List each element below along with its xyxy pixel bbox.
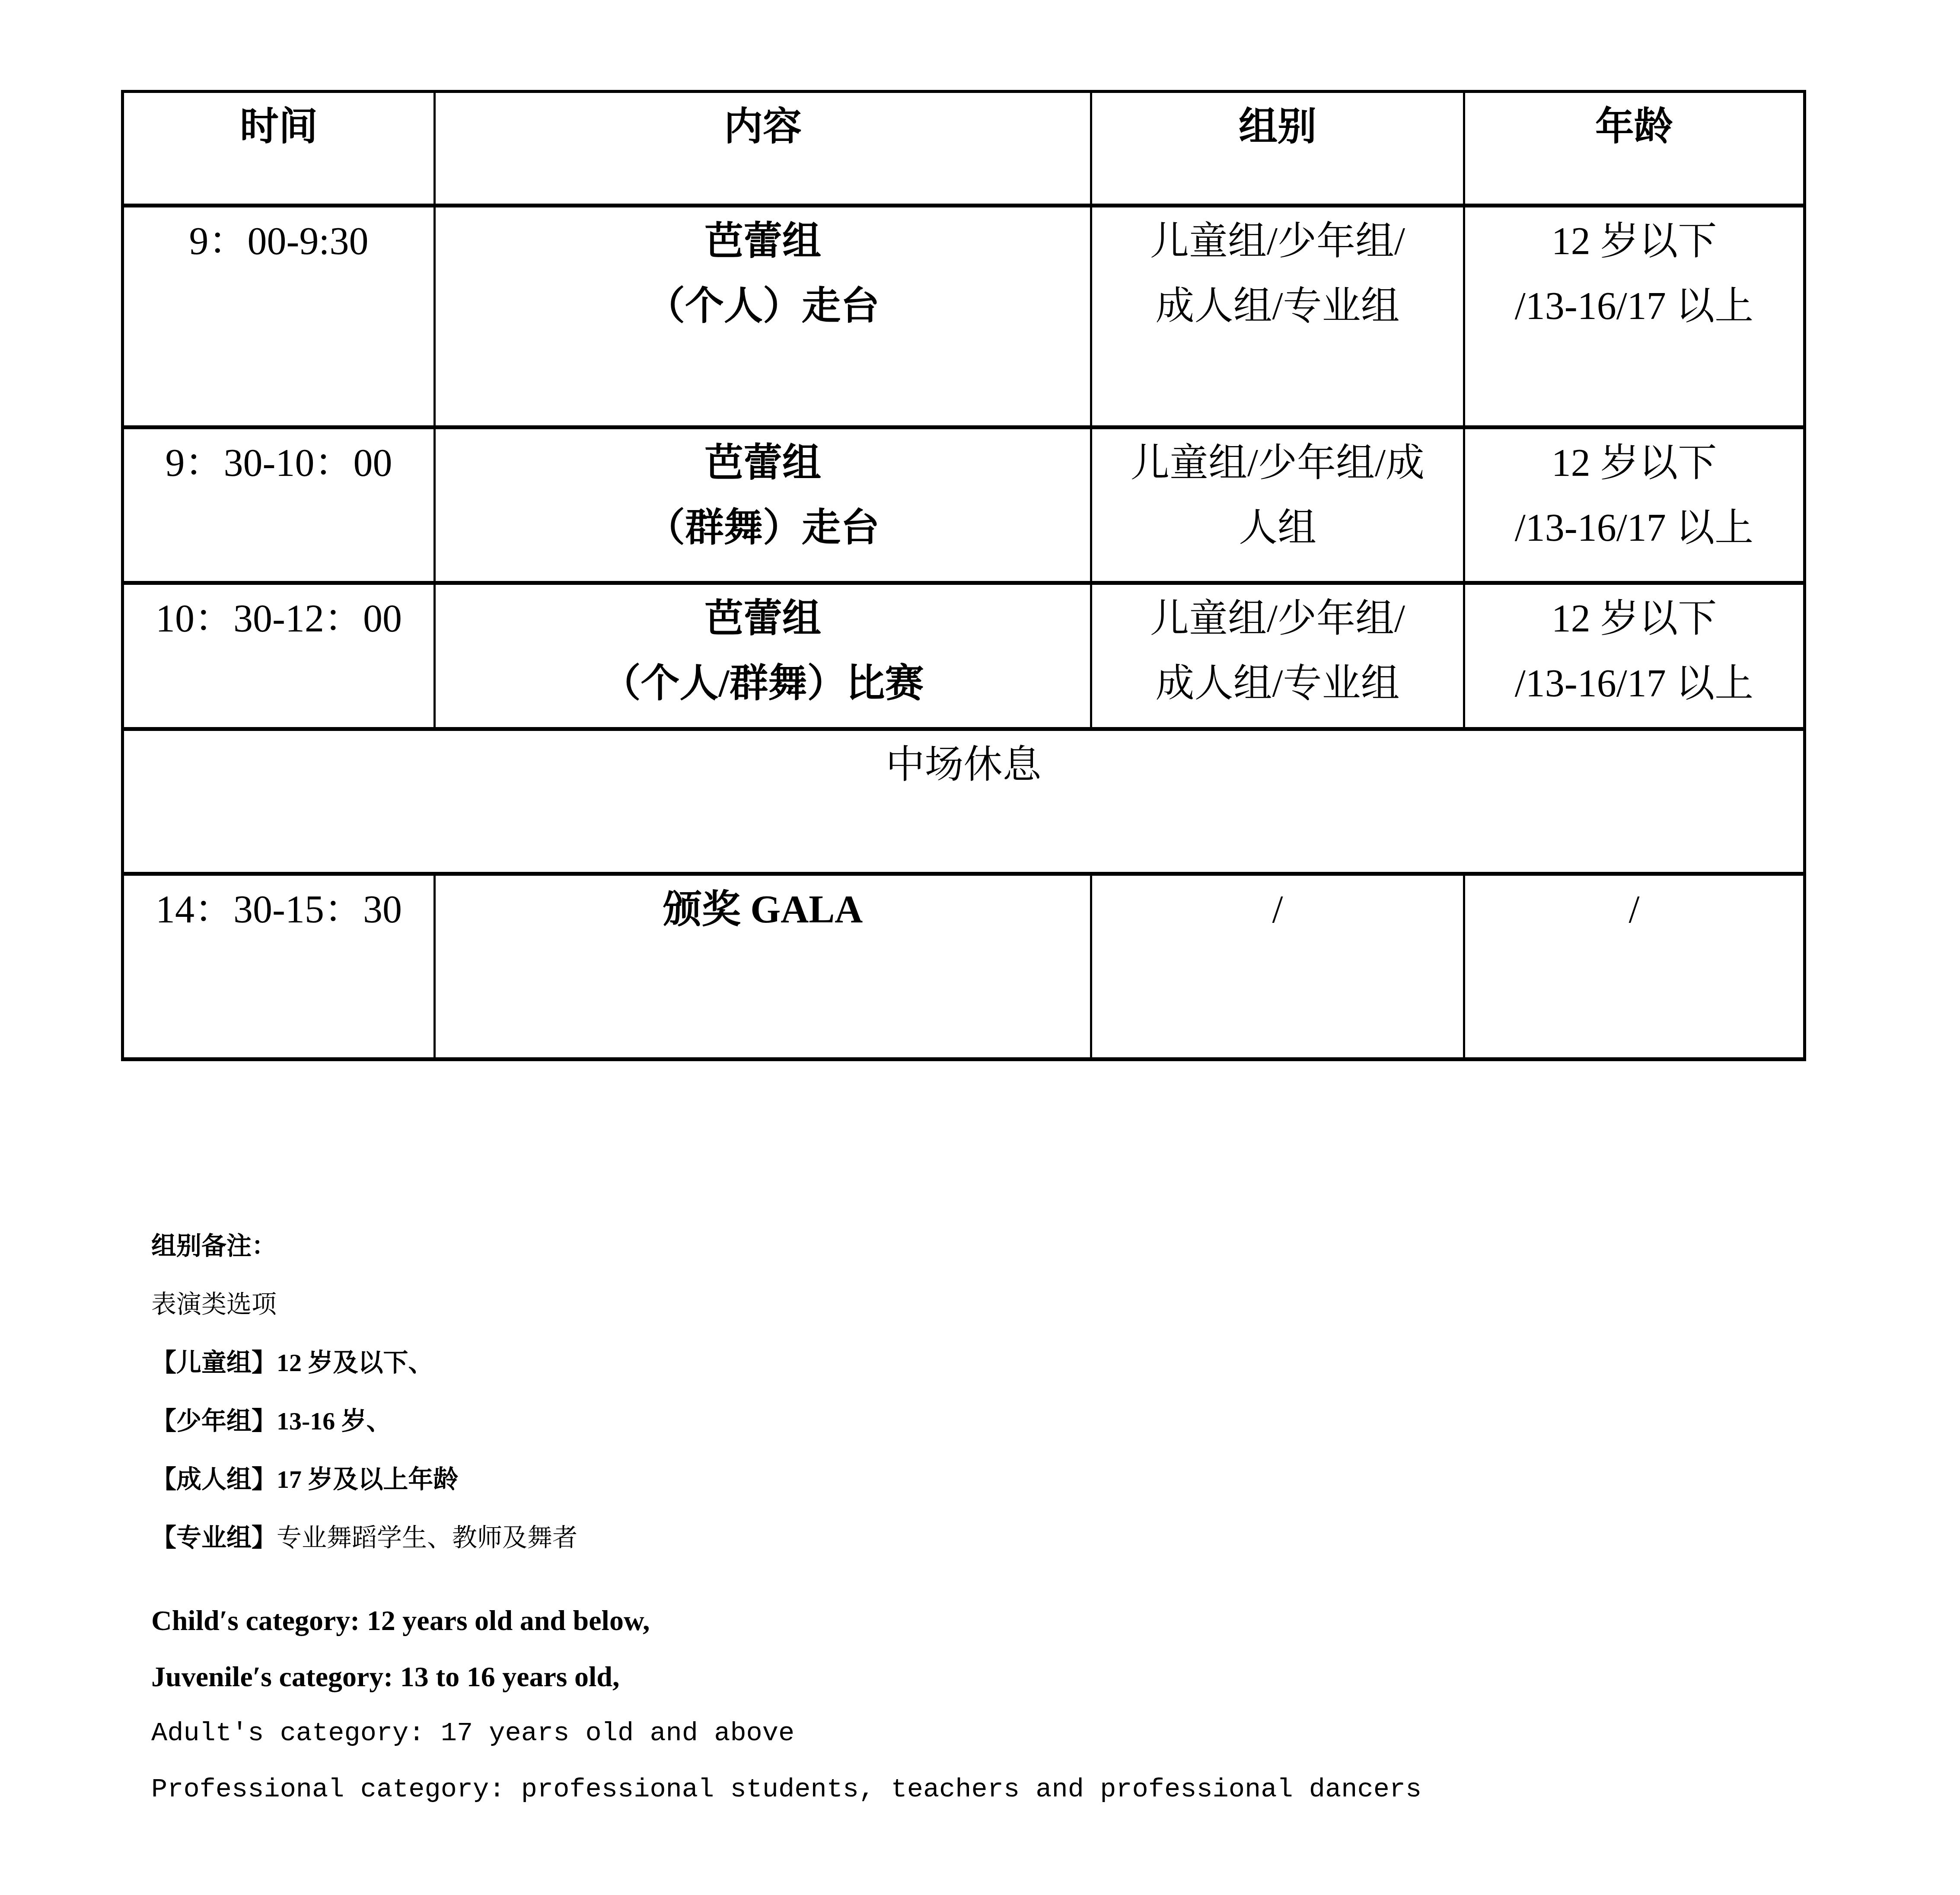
cell-row1-content: 芭蕾组 （个人）走台 [435,206,1091,427]
cell-row3-time: 10：30-12：00 [123,583,435,729]
cell-row3-age: 12 岁以下 /13-16/17 以上 [1464,583,1805,729]
note-juvenile-en: Juvenile′s category: 13 to 16 years old, [151,1649,1837,1705]
header-group: 组别 [1091,92,1464,206]
table-row: 9：00-9:30 芭蕾组 （个人）走台 儿童组/少年组/ 成人组/专业组 12… [123,206,1805,427]
cell-row1-group: 儿童组/少年组/ 成人组/专业组 [1091,206,1464,427]
notes-title: 组别备注： [151,1217,1837,1275]
note-child-en: Child′s category: 12 years old and below… [151,1593,1837,1649]
intermission-row: 中场休息 [123,729,1805,874]
note-professional-cn-label: 【专业组】 [151,1524,277,1552]
cell-row2-group: 儿童组/少年组/成 人组 [1091,427,1464,583]
note-adult-cn: 【成人组】17 岁及以上年龄 [151,1450,1837,1509]
header-time: 时间 [123,92,435,206]
cell-row2-time: 9：30-10：00 [123,427,435,583]
note-professional-cn: 【专业组】专业舞蹈学生、教师及舞者 [151,1509,1837,1567]
table-row: 9：30-10：00 芭蕾组 （群舞）走台 儿童组/少年组/成 人组 12 岁以… [123,427,1805,583]
category-notes: 组别备注： 表演类选项 【儿童组】12 岁及以下、 【少年组】13-16 岁、 … [151,1217,1837,1818]
intermission-cell: 中场休息 [123,729,1805,874]
cell-row1-time: 9：00-9:30 [123,206,435,427]
notes-subtitle: 表演类选项 [151,1275,1837,1334]
cell-row2-age: 12 岁以下 /13-16/17 以上 [1464,427,1805,583]
table-row: 14：30-15：30 颁奖 GALA / / [123,874,1805,1059]
note-professional-cn-desc: 专业舞蹈学生、教师及舞者 [277,1524,577,1552]
cell-row3-content: 芭蕾组 （个人/群舞）比赛 [435,583,1091,729]
cell-row4-age: / [1464,874,1805,1059]
note-adult-en: Adult′s category: 17 years old and above [151,1705,1837,1761]
document-page: 时间 内容 组别 年龄 9：00-9:30 芭蕾组 （个人）走台 儿童组/少年组… [0,0,1960,1895]
cell-row2-content: 芭蕾组 （群舞）走台 [435,427,1091,583]
table-row: 10：30-12：00 芭蕾组 （个人/群舞）比赛 儿童组/少年组/ 成人组/专… [123,583,1805,729]
cell-row3-group: 儿童组/少年组/ 成人组/专业组 [1091,583,1464,729]
note-juvenile-cn: 【少年组】13-16 岁、 [151,1392,1837,1450]
cell-row4-content: 颁奖 GALA [435,874,1091,1059]
cell-row4-time: 14：30-15：30 [123,874,435,1059]
cell-row4-group: / [1091,874,1464,1059]
table-header-row: 时间 内容 组别 年龄 [123,92,1805,206]
cell-row1-age: 12 岁以下 /13-16/17 以上 [1464,206,1805,427]
header-age: 年龄 [1464,92,1805,206]
notes-spacer [151,1567,1837,1593]
note-child-cn: 【儿童组】12 岁及以下、 [151,1334,1837,1392]
schedule-table: 时间 内容 组别 年龄 9：00-9:30 芭蕾组 （个人）走台 儿童组/少年组… [121,90,1806,1061]
header-content: 内容 [435,92,1091,206]
note-professional-en: Professional category: professional stud… [151,1761,1837,1818]
